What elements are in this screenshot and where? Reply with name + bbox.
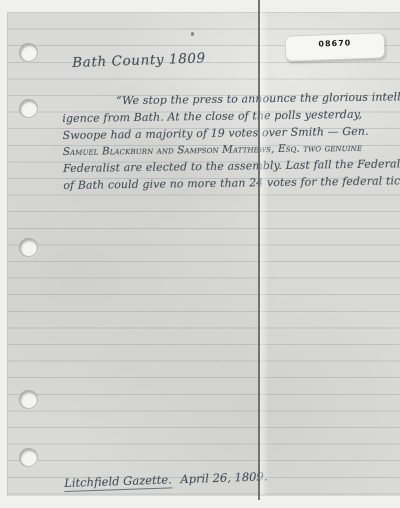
citation-date: April 26, 1809. [180,469,267,486]
hole-punch [20,44,37,61]
catalog-label: 08670 [285,32,386,61]
handwritten-paragraph: “We stop the press to announce the glori… [62,89,400,195]
catalog-number: 08670 [318,38,351,48]
hole-punch [20,449,37,466]
hole-punch [20,391,37,408]
fold-highlight [260,12,269,495]
scanned-document: 08670 Bath County 1809 “We stop the pres… [0,0,400,508]
notebook-page [7,12,400,496]
ink-speck [191,32,194,36]
hole-punch [20,100,37,117]
hole-punch [20,239,37,256]
page-fold-line [258,0,260,500]
